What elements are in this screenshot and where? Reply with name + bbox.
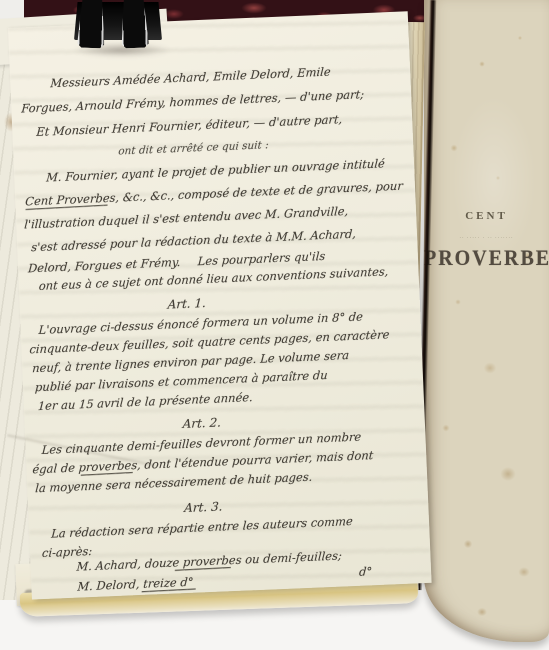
manuscript-line-01: Messieurs Amédée Achard, Emile Delord, E… bbox=[50, 65, 331, 91]
manuscript-line-15: 1er au 15 avril de la présente année. bbox=[37, 390, 253, 413]
manuscript-line-19: La rédaction sera répartie entre les aut… bbox=[51, 514, 353, 541]
title-small-imprint: ·· ····· · ·· ······· bbox=[424, 236, 549, 241]
manuscript-line-22: M. Delord, treize d° bbox=[77, 575, 194, 594]
photograph: CENT ·· ····· · ·· ······· PROVERBES Mes… bbox=[0, 0, 549, 650]
book-title-page: CENT ·· ····· · ·· ······· PROVERBES bbox=[424, 0, 549, 642]
manuscript-line-21: M. Achard, douze proverbes ou demi-feuil… bbox=[76, 548, 342, 573]
article-2-heading: Art. 2. bbox=[182, 415, 221, 431]
article-1-heading: Art. 1. bbox=[167, 296, 206, 312]
manuscript-line-02: Forgues, Arnould Frémy, hommes de lettre… bbox=[21, 87, 365, 115]
article-3-heading: Art. 3. bbox=[184, 499, 223, 515]
manuscript-line-05: M. Fournier, ayant le projet de publier … bbox=[46, 156, 385, 184]
title-word-cent: CENT bbox=[424, 210, 549, 222]
title-word-proverbes: PROVERBES bbox=[424, 246, 549, 272]
manuscript-sheet: Messieurs Amédée Achard, Emile Delord, E… bbox=[8, 11, 432, 599]
manuscript-line-07: l'illustration duquel il s'est entendu a… bbox=[24, 204, 349, 232]
manuscript-line-03: Et Monsieur Henri Fournier, éditeur, — d… bbox=[36, 112, 343, 139]
manuscript-line-22-ditto: d° bbox=[359, 564, 373, 579]
manuscript-line-04: ont dit et arrêté ce qui suit : bbox=[118, 139, 269, 157]
manuscript-line-20: ci-après: bbox=[42, 544, 93, 560]
